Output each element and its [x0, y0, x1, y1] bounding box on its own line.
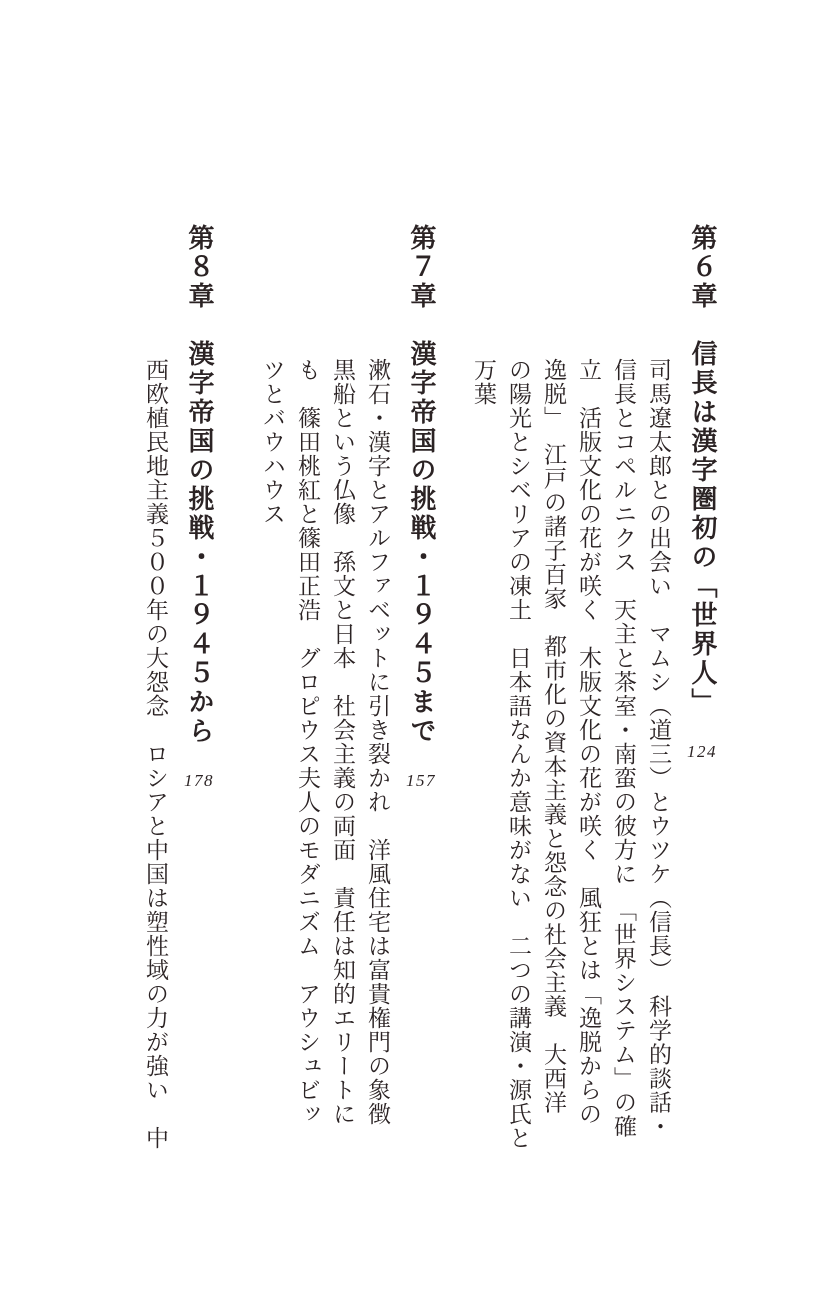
chapter-8-label: 第８章 — [185, 224, 214, 311]
chapter-6-label: 第６章 — [688, 224, 717, 311]
toc-line: 信長とコペルニクス 天主と茶室・南蛮の彼方に 「世界システム」の確 — [606, 358, 641, 1311]
toc-line: 立 活版文化の花が咲く 木版文化の花が咲く 風狂とは「逸脱からの — [571, 358, 606, 1311]
toc-line: 西欧植民地主義５００年の大怨念 ロシアと中国は塑性域の力が強い 中 — [138, 358, 173, 1311]
chapter-7-sections: 漱石・漢字とアルファベットに引き裂かれ 洋風住宅は富貴権門の象徴 黒船という仏像… — [255, 224, 395, 1311]
chapter-7-title: 漢字帝国の挑戦・１９４５まで — [407, 340, 436, 746]
toc-page: 第６章信長は漢字圏初の「世界人」124 司馬遼太郎との出会い マムシ（道三）とウ… — [0, 0, 835, 1311]
chapter-7-page-number: 157 — [406, 772, 436, 789]
chapter-6-title: 信長は漢字圏初の「世界人」 — [688, 340, 717, 717]
toc-line: 漱石・漢字とアルファベットに引き裂かれ 洋風住宅は富貴権門の象徴 — [360, 358, 395, 1311]
chapter-8-block: 第８章漢字帝国の挑戦・１９４５から178 西欧植民地主義５００年の大怨念 ロシア… — [138, 224, 219, 1311]
chapter-7-label: 第７章 — [407, 224, 436, 311]
toc-line: 万葉 — [466, 358, 501, 1311]
chapter-6-sections: 司馬遼太郎との出会い マムシ（道三）とウツケ（信長） 科学的談話・ 信長とコペル… — [466, 224, 676, 1311]
toc-line: ツとバウハウス — [255, 358, 290, 1311]
chapter-6-heading: 第６章信長は漢字圏初の「世界人」124 — [682, 224, 722, 1311]
chapter-7-heading: 第７章漢字帝国の挑戦・１９４５まで157 — [401, 224, 441, 1311]
toc-line: 司馬遼太郎との出会い マムシ（道三）とウツケ（信長） 科学的談話・ — [641, 358, 676, 1311]
toc-line: の陽光とシベリアの凍土 日本語なんか意味がない 二つの講演・源氏と — [501, 358, 536, 1311]
chapter-8-page-number: 178 — [184, 772, 214, 789]
chapter-7-block: 第７章漢字帝国の挑戦・１９４５まで157 漱石・漢字とアルファベットに引き裂かれ… — [255, 224, 441, 1311]
chapter-8-sections: 西欧植民地主義５００年の大怨念 ロシアと中国は塑性域の力が強い 中 — [138, 224, 173, 1311]
chapter-8-heading: 第８章漢字帝国の挑戦・１９４５から178 — [179, 224, 219, 1311]
toc-line: も 篠田桃紅と篠田正浩 グロピウス夫人のモダニズム アウシュビッ — [290, 358, 325, 1311]
chapter-6-page-number: 124 — [687, 743, 717, 760]
chapter-8-title: 漢字帝国の挑戦・１９４５から — [185, 340, 214, 746]
toc-line: 黒船という仏像 孫文と日本 社会主義の両面 責任は知的エリートに — [325, 358, 360, 1311]
chapter-6-block: 第６章信長は漢字圏初の「世界人」124 司馬遼太郎との出会い マムシ（道三）とウ… — [466, 224, 722, 1311]
toc-line: 逸脱」 江戸の諸子百家 都市化の資本主義と怨念の社会主義 大西洋 — [536, 358, 571, 1311]
